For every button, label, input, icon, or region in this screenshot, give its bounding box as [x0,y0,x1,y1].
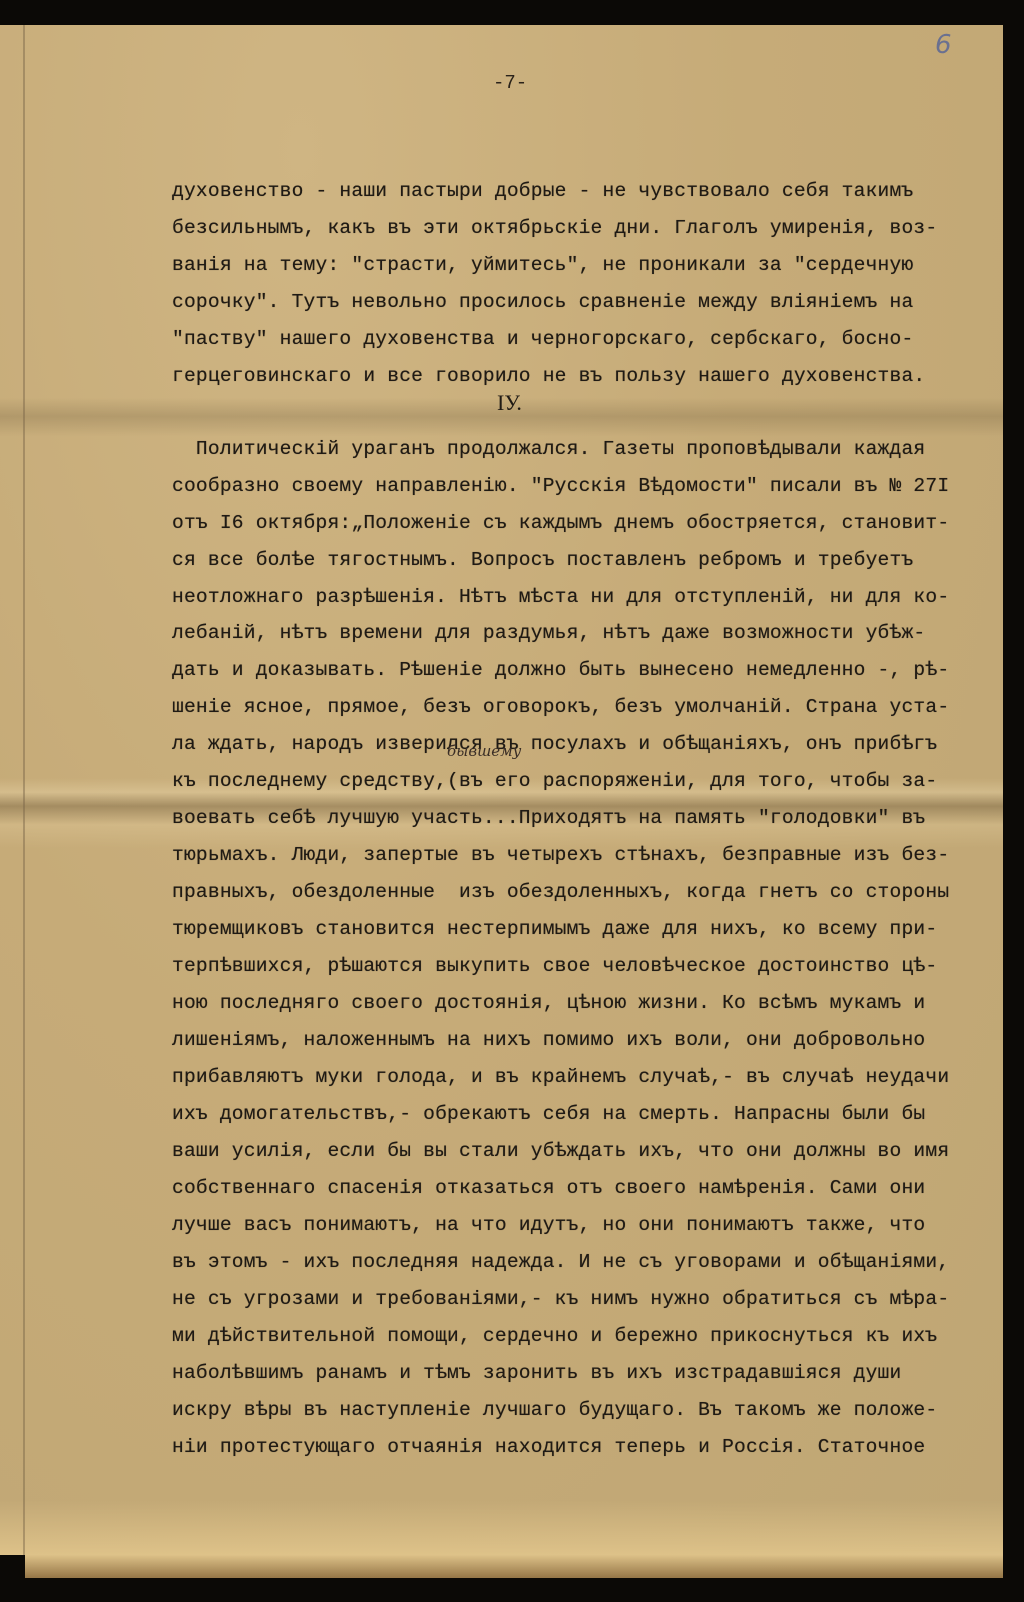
text-line: воевать себѣ лучшую участь...Приходятъ н… [172,807,925,829]
text-line: духовенство - наши пастыри добрые - не ч… [172,180,913,202]
text-line: тюремщиковъ становится нестерпимымъ даже… [172,918,937,940]
text-line: ванія на тему: "страсти, уймитесь", не п… [172,254,913,276]
text-line: наболѣвшимъ ранамъ и тѣмъ заронить въ их… [172,1362,901,1384]
text-line: безсильнымъ, какъ въ эти октябрьскіе дни… [172,217,937,239]
text-line: отъ I6 октября:„Положеніе съ каждымъ дне… [172,512,949,534]
text-line: Политическій ураганъ продолжался. Газеты… [172,438,925,460]
text-line: въ этомъ - ихъ последняя надежда. И не с… [172,1251,949,1273]
text-line: ваши усилія, если бы вы стали убѣждать и… [172,1140,949,1162]
text-line: къ последнему средству,(въ его распоряже… [172,770,937,792]
text-line: лишеніямъ, наложеннымъ на нихъ помимо их… [172,1029,925,1051]
text-line: терпѣвшихся, рѣшаются выкупить свое чело… [172,955,937,977]
text-line: собственнаго спасенія отказаться отъ сво… [172,1177,925,1199]
text-line: прибавляютъ муки голода, и въ крайнемъ с… [172,1066,949,1088]
section-heading: IУ. [497,390,522,416]
text-line: сообразно своему направленію. "Русскія В… [172,475,949,497]
text-line: ною последняго своего достоянія, цѣною ж… [172,992,925,1014]
text-line: сорочку". Тутъ невольно просилось сравне… [172,291,913,313]
text-line: не съ угрозами и требованіями,- къ нимъ … [172,1288,949,1310]
archive-sheet-number: 6 [935,30,952,60]
text-line: дать и доказывать. Рѣшеніе должно быть в… [172,659,949,681]
text-line: ла ждать, народъ изверился въ посулахъ и… [172,733,937,755]
binding-fold-line [23,25,25,1555]
text-line: шеніе ясное, прямое, безъ оговорокъ, без… [172,696,949,718]
page-number: -7- [493,72,527,94]
text-line: "паству" нашего духовенства и черногорск… [172,328,913,350]
text-line: ся все болѣе тягостнымъ. Вопросъ поставл… [172,549,913,571]
text-line: ми дѣйствительной помощи, сердечно и бер… [172,1325,937,1347]
text-line: ніи протестующаго отчаянія находится теп… [172,1436,925,1458]
text-line: тюрьмахъ. Люди, запертые въ четырехъ стѣ… [172,844,949,866]
handwritten-annotation: бывшему [447,742,521,760]
background-strip [0,1555,25,1602]
text-line: неотложнаго разрѣшенія. Нѣтъ мѣста ни дл… [172,586,949,608]
text-line: правныхъ, обездоленные изъ обездоленныхъ… [172,881,949,903]
text-line: лебаній, нѣтъ времени для раздумья, нѣтъ… [172,622,925,644]
text-line: ихъ домогательствъ,- обрекаютъ себя на с… [172,1103,925,1125]
text-line: лучше васъ понимаютъ, на что идутъ, но о… [172,1214,925,1236]
text-line: герцеговинскаго и все говорило не въ пол… [172,365,925,387]
text-line: искру вѣры въ наступленіе лучшаго будуща… [172,1399,937,1421]
